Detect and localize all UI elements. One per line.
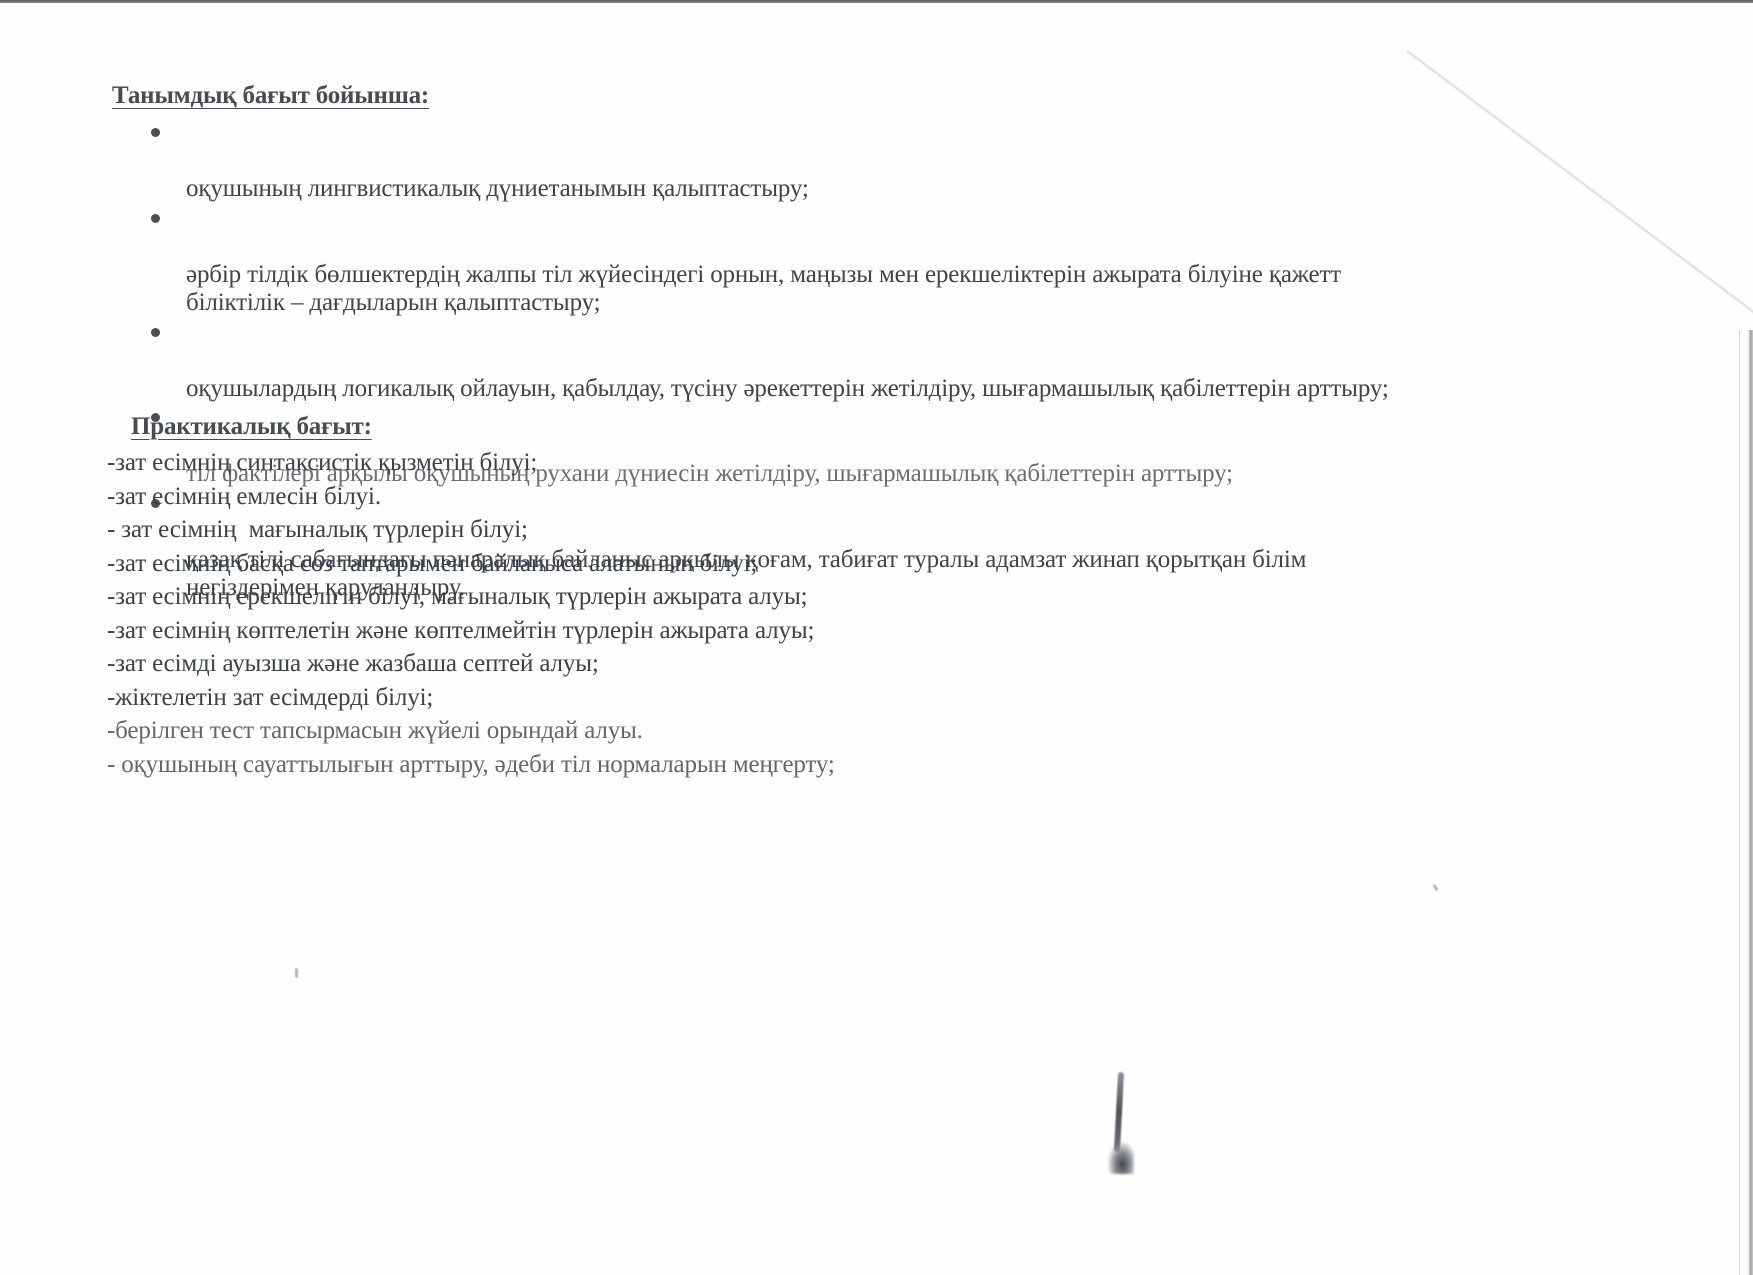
bullet-icon [151, 214, 160, 223]
scan-speck [1432, 884, 1438, 892]
ink-smudge-stroke [1114, 1072, 1124, 1152]
ink-smudge [1106, 1072, 1136, 1182]
list-item-text: оқушылардың логикалық ойлауын, қабылдау,… [186, 375, 1389, 402]
scanned-page: Танымдық бағыт бойынша: оқушының лингвис… [0, 0, 1753, 1275]
cognitive-section-heading: Танымдық бағыт бойынша: [112, 82, 429, 110]
ink-smudge-blot [1108, 1142, 1134, 1174]
list-item: -берілген тест тапсырмасын жүйелі орында… [107, 714, 835, 748]
list-item-text: оқушының лингвистикалық дүниетанымын қал… [186, 175, 809, 202]
bullet-icon [151, 328, 160, 337]
bullet-icon [151, 128, 160, 137]
list-item: -зат есімнің ерекшелігін білуі, мағыналы… [107, 580, 835, 614]
list-item: оқушының лингвистикалық дүниетанымын қал… [148, 118, 1708, 204]
list-item: - зат есімнің мағыналық түрлерін білуі; [107, 513, 835, 547]
scan-top-edge [0, 0, 1753, 3]
list-item: оқушылардың логикалық ойлауын, қабылдау,… [148, 318, 1708, 404]
practical-dash-list: -зат есімнің синтаксистік қызметін білуі… [107, 446, 835, 781]
list-item: -зат есімнің басқа сөз таптарымен байлан… [107, 547, 835, 581]
list-item: әрбір тілдік бөлшектердің жалпы тіл жүйе… [148, 204, 1708, 318]
list-item: -зат есімнің көптелетін және көптелмейті… [107, 614, 835, 648]
list-item: -зат есімді ауызша және жазбаша септей а… [107, 647, 835, 681]
list-item-text: әрбір тілдік бөлшектердің жалпы тіл жүйе… [186, 261, 1341, 317]
scan-speck [295, 968, 298, 978]
list-item: -зат есімнің емлесін білуі. [107, 480, 835, 514]
scan-right-edge [1747, 330, 1753, 1275]
practical-section-heading: Практикалық бағыт: [131, 413, 372, 441]
list-item: - оқушының сауаттылығын арттыру, әдеби т… [107, 748, 835, 782]
list-item: -зат есімнің синтаксистік қызметін білуі… [107, 446, 835, 480]
list-item: -жіктелетін зат есімдерді білуі; [107, 681, 835, 715]
